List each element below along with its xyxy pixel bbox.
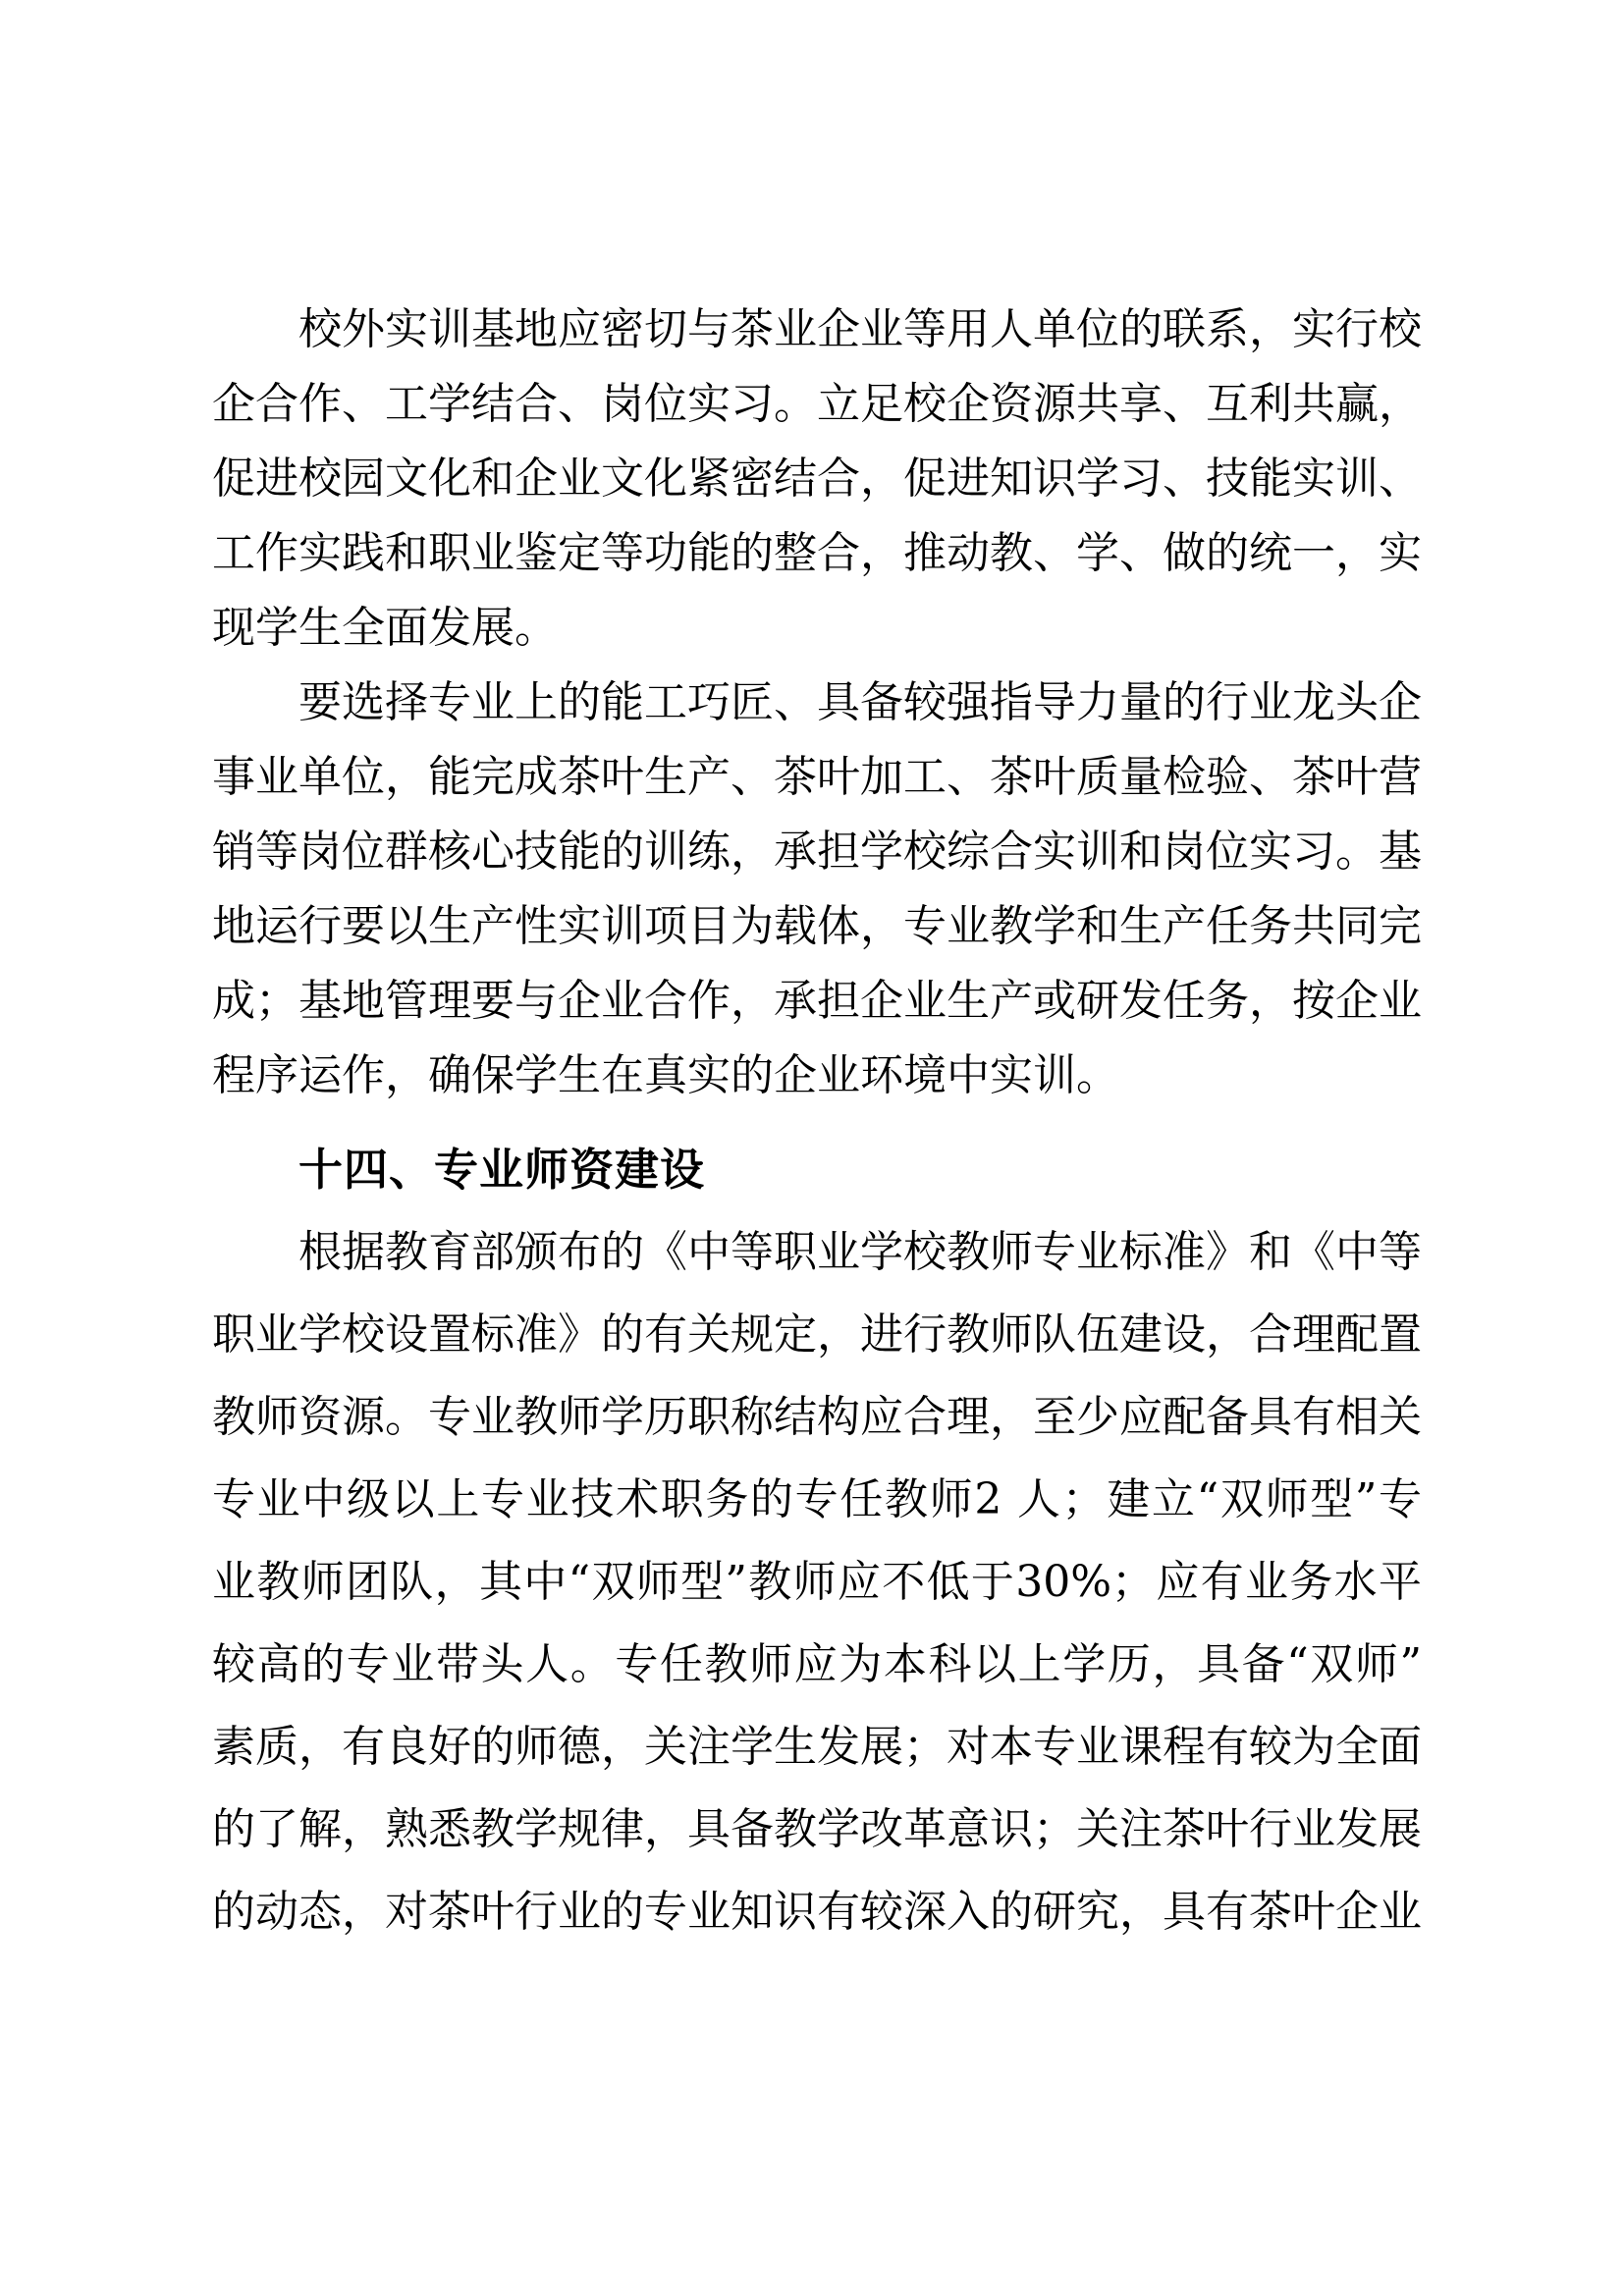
text-line: 职业学校设置标准》的有关规定，进行教师队伍建设，合理配置 — [212, 1294, 1422, 1376]
text-line: 现学生全面发展。 — [212, 591, 1422, 666]
text-line: 程序运作，确保学生在真实的企业环境中实训。 — [212, 1039, 1422, 1113]
text-line: 企合作、工学结合、岗位实习。立足校企资源共享、互利共赢， — [212, 367, 1422, 442]
text-line: 促进校园文化和企业文化紧密结合，促进知识学习、技能实训、 — [212, 442, 1422, 516]
paragraph-teacher-requirements: 根据教育部颁布的《中等职业学校教师专业标准》和《中等 职业学校设置标准》的有关规… — [212, 1211, 1422, 1953]
document-page: 校外实训基地应密切与茶业企业等用人单位的联系，实行校 企合作、工学结合、岗位实习… — [0, 0, 1624, 2296]
text-line: 地运行要以生产性实训项目为载体，专业教学和生产任务共同完 — [212, 889, 1422, 964]
text-line: 业教师团队，其中“双师型”教师应不低于30%；应有业务水平 — [212, 1541, 1422, 1624]
section-heading-teacher-team: 十四、专业师资建设 — [212, 1129, 1422, 1211]
text-line: 专业中级以上专业技术职务的专任教师2 人；建立“双师型”专 — [212, 1459, 1422, 1541]
text-line: 成；基地管理要与企业合作，承担企业生产或研发任务，按企业 — [212, 964, 1422, 1039]
text-line: 素质，有良好的师德，关注学生发展；对本专业课程有较为全面 — [212, 1706, 1422, 1789]
text-line: 要选择专业上的能工巧匠、具备较强指导力量的行业龙头企 — [212, 666, 1422, 740]
text-line: 教师资源。专业教师学历职称结构应合理，至少应配备具有相关 — [212, 1376, 1422, 1459]
text-line: 事业单位，能完成茶叶生产、茶叶加工、茶叶质量检验、茶叶营 — [212, 740, 1422, 815]
document-content: 校外实训基地应密切与茶业企业等用人单位的联系，实行校 企合作、工学结合、岗位实习… — [212, 293, 1422, 1953]
text-line: 的了解，熟悉教学规律，具备教学改革意识；关注茶叶行业发展 — [212, 1789, 1422, 1871]
text-line: 根据教育部颁布的《中等职业学校教师专业标准》和《中等 — [212, 1211, 1422, 1294]
text-line: 的动态，对茶叶行业的专业知识有较深入的研究，具有茶叶企业 — [212, 1871, 1422, 1953]
text-line: 校外实训基地应密切与茶业企业等用人单位的联系，实行校 — [212, 293, 1422, 367]
paragraph-training-base-cooperation: 校外实训基地应密切与茶业企业等用人单位的联系，实行校 企合作、工学结合、岗位实习… — [212, 293, 1422, 666]
text-line: 工作实践和职业鉴定等功能的整合，推动教、学、做的统一，实 — [212, 516, 1422, 591]
text-line: 销等岗位群核心技能的训练，承担学校综合实训和岗位实习。基 — [212, 815, 1422, 889]
text-line: 较高的专业带头人。专任教师应为本科以上学历，具备“双师” — [212, 1624, 1422, 1706]
paragraph-enterprise-selection: 要选择专业上的能工巧匠、具备较强指导力量的行业龙头企 事业单位，能完成茶叶生产、… — [212, 666, 1422, 1113]
